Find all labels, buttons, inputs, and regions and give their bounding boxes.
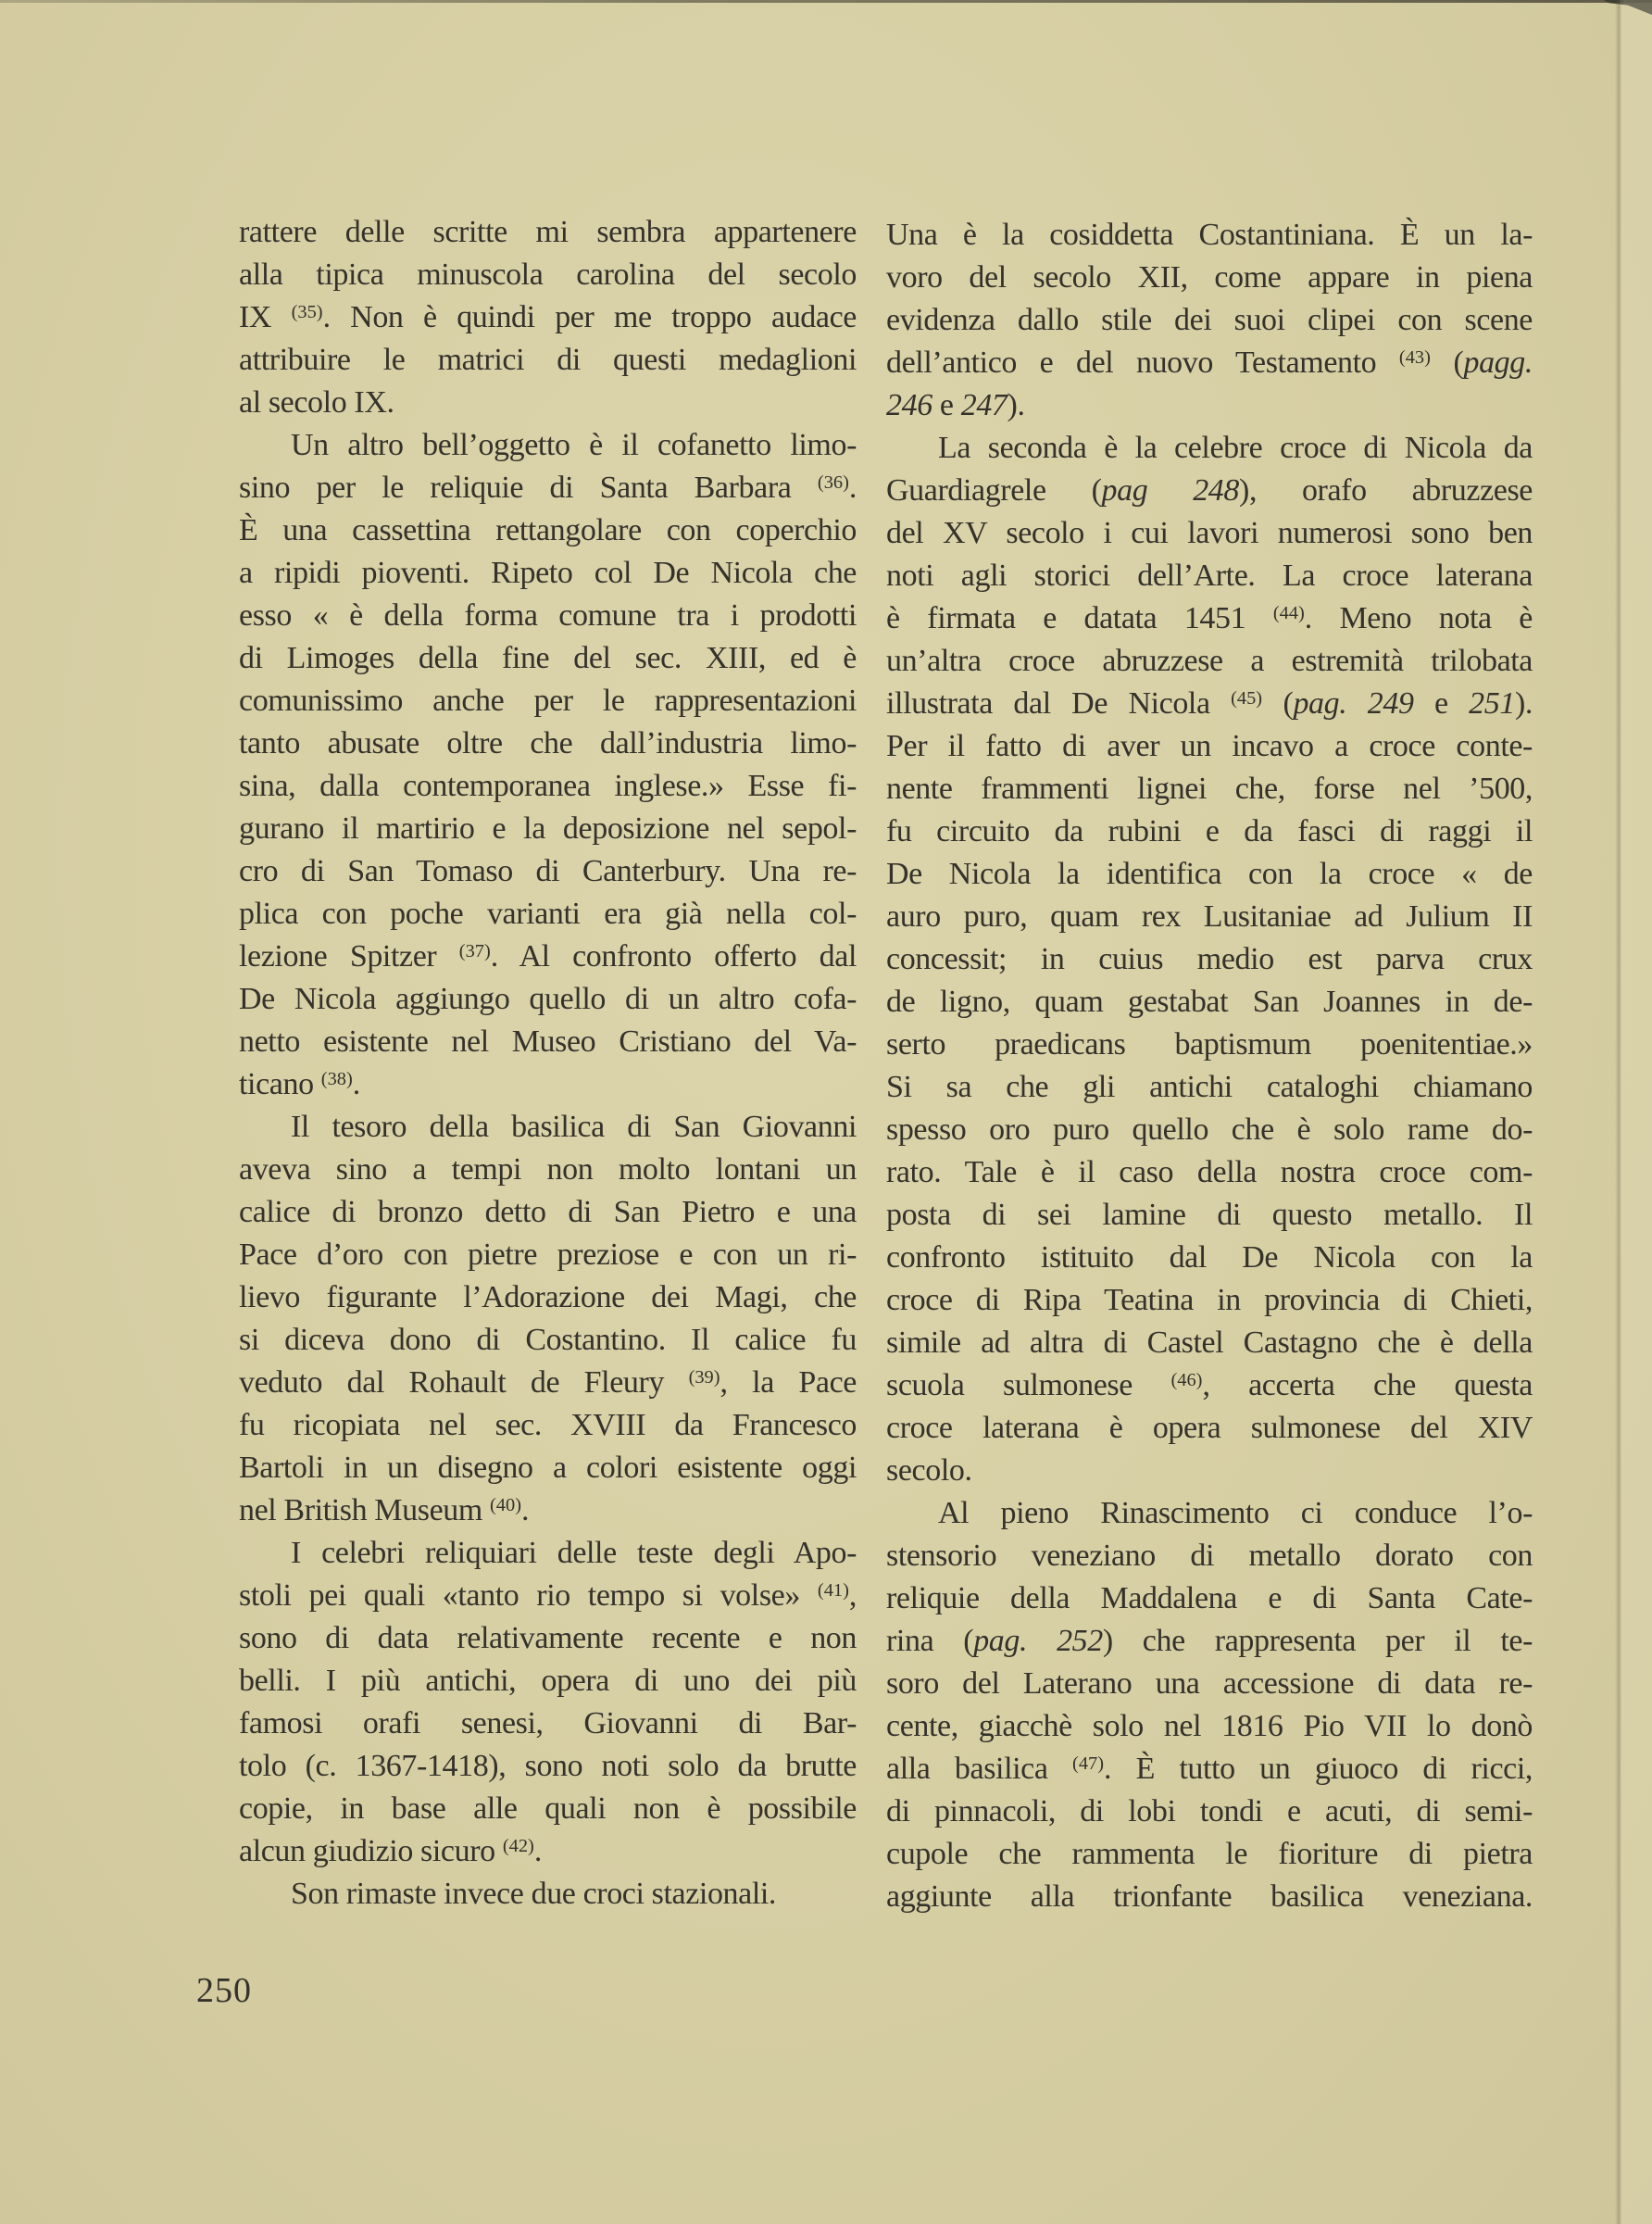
text-line: attribuire le matrici di questi medaglio…	[239, 339, 857, 382]
text-line: Il tesoro della basilica di San Giovanni	[239, 1106, 857, 1149]
text-line: aggiunte alla trionfante basilica venezi…	[886, 1876, 1533, 1918]
text-column-left: rattere delle scritte mi sembra apparten…	[239, 211, 857, 1916]
text-line: tolo (c. 1367-1418), sono noti solo da b…	[239, 1745, 857, 1788]
text-line: famosi orafi senesi, Giovanni di Bar-	[239, 1703, 857, 1745]
footnote-ref: (35)	[292, 302, 323, 322]
text-line: Al pieno Rinascimento ci conduce l’o-	[886, 1492, 1533, 1535]
text-line: rina (pag. 252) che rappresenta per il t…	[886, 1620, 1533, 1663]
text-line: rattere delle scritte mi sembra apparten…	[239, 211, 857, 254]
text-line: stoli pei quali «tanto rio tempo si vols…	[239, 1575, 857, 1617]
text-line: concessit; in cuius medio est parva crux	[886, 938, 1533, 981]
text-line: alcun giudizio sicuro (42).	[239, 1830, 857, 1873]
text-line: netto esistente nel Museo Cristiano del …	[239, 1021, 857, 1063]
footnote-ref: (37)	[459, 941, 491, 961]
text-line: È una cassettina rettangolare con coperc…	[239, 509, 857, 552]
text-line: comunissimo anche per le rappresentazion…	[239, 680, 857, 722]
footnote-ref: (42)	[503, 1836, 534, 1856]
text-line: gurano il martirio e la deposizione nel …	[239, 808, 857, 850]
page-number: 250	[196, 1971, 252, 2010]
text-line: serto praedicans baptismum poenitentiae.…	[886, 1024, 1533, 1066]
text-line: lievo figurante l’Adorazione dei Magi, c…	[239, 1276, 857, 1319]
text-line: Per il fatto di aver un incavo a croce c…	[886, 725, 1533, 768]
text-line: scuola sulmonese (46), accerta che quest…	[886, 1364, 1533, 1407]
book-page: rattere delle scritte mi sembra apparten…	[0, 0, 1652, 2224]
text-line: di Limoges della fine del sec. XIII, ed …	[239, 637, 857, 680]
footnote-ref: (43)	[1399, 347, 1431, 368]
footnote-ref: (36)	[818, 472, 849, 493]
text-line: del XV secolo i cui lavori numerosi sono…	[886, 512, 1533, 555]
text-line: De Nicola la identifica con la croce « d…	[886, 853, 1533, 896]
text-line: sino per le reliquie di Santa Barbara (3…	[239, 467, 857, 509]
footnote-ref: (45)	[1231, 688, 1262, 709]
scan-edge-top	[0, 0, 1652, 3]
text-line: stensorio veneziano di metallo dorato co…	[886, 1535, 1533, 1577]
footnote-ref: (44)	[1273, 603, 1305, 623]
text-line: voro del secolo XII, come appare in pien…	[886, 257, 1533, 299]
text-line: nel British Museum (40).	[239, 1489, 857, 1532]
text-line: alla tipica minuscola carolina del secol…	[239, 254, 857, 296]
text-line: De Nicola aggiungo quello di un altro co…	[239, 978, 857, 1021]
text-line: fu ricopiata nel sec. XVIII da Francesco	[239, 1404, 857, 1447]
footnote-ref: (40)	[490, 1495, 521, 1515]
text-line: illustrata dal De Nicola (45) (pag. 249 …	[886, 683, 1533, 725]
footnote-ref: (47)	[1072, 1753, 1104, 1774]
text-line: si diceva dono di Costantino. Il calice …	[239, 1319, 857, 1362]
text-line: tanto abusate oltre che dall’industria l…	[239, 722, 857, 765]
text-line: a ripidi pioventi. Ripeto col De Nicola …	[239, 552, 857, 595]
text-line: secolo.	[886, 1450, 1533, 1492]
text-line: un’altra croce abruzzese a estremità tri…	[886, 640, 1533, 683]
text-line: copie, in base alle quali non è possibil…	[239, 1788, 857, 1830]
text-line: IX (35). Non è quindi per me troppo auda…	[239, 296, 857, 339]
text-line: Son rimaste invece due croci stazionali.	[239, 1873, 857, 1916]
text-line: lezione Spitzer (37). Al confronto offer…	[239, 936, 857, 978]
text-line: di pinnacoli, di lobi tondi e acuti, di …	[886, 1791, 1533, 1833]
scan-edge-right-band	[1623, 0, 1652, 2224]
text-line: rato. Tale è il caso della nostra croce …	[886, 1151, 1533, 1194]
text-line: cente, giacchè solo nel 1816 Pio VII lo …	[886, 1705, 1533, 1748]
text-line: cro di San Tomaso di Canterbury. Una re-	[239, 850, 857, 893]
text-line: confronto istituito dal De Nicola con la	[886, 1237, 1533, 1279]
footnote-ref: (39)	[689, 1367, 720, 1388]
text-line: sono di data relativamente recente e non	[239, 1617, 857, 1660]
text-line: dell’antico e del nuovo Testamento (43) …	[886, 342, 1533, 384]
text-line: Guardiagrele (pag 248), orafo abruzzese	[886, 470, 1533, 512]
text-line: La seconda è la celebre croce di Nicola …	[886, 427, 1533, 470]
text-line: belli. I più antichi, opera di uno dei p…	[239, 1660, 857, 1703]
text-line: Una è la cosiddetta Costantiniana. È un …	[886, 214, 1533, 257]
text-line: cupole che rammenta le fioriture di piet…	[886, 1833, 1533, 1876]
text-line: de ligno, quam gestabat San Joannes in d…	[886, 981, 1533, 1024]
text-line: Si sa che gli antichi cataloghi chiamano	[886, 1066, 1533, 1109]
text-line: Un altro bell’oggetto è il cofanetto lim…	[239, 424, 857, 467]
footnote-ref: (38)	[321, 1069, 353, 1089]
footnote-ref: (41)	[818, 1580, 849, 1601]
text-line: noti agli storici dell’Arte. La croce la…	[886, 555, 1533, 597]
text-line: spesso oro puro quello che è solo rame d…	[886, 1109, 1533, 1151]
text-line: aveva sino a tempi non molto lontani un	[239, 1149, 857, 1191]
text-line: simile ad altra di Castel Castagno che è…	[886, 1322, 1533, 1364]
text-line: 246 e 247).	[886, 384, 1533, 427]
text-line: al secolo IX.	[239, 382, 857, 424]
text-line: calice di bronzo detto di San Pietro e u…	[239, 1191, 857, 1234]
text-column-right: Una è la cosiddetta Costantiniana. È un …	[886, 214, 1533, 1918]
text-line: I celebri reliquiari delle teste degli A…	[239, 1532, 857, 1575]
text-line: sina, dalla contemporanea inglese.» Esse…	[239, 765, 857, 808]
text-line: reliquie della Maddalena e di Santa Cate…	[886, 1577, 1533, 1620]
text-line: croce di Ripa Teatina in provincia di Ch…	[886, 1279, 1533, 1322]
text-line: esso « è della forma comune tra i prodot…	[239, 595, 857, 637]
text-line: soro del Laterano una accessione di data…	[886, 1663, 1533, 1705]
text-line: ticano (38).	[239, 1063, 857, 1106]
text-line: veduto dal Rohault de Fleury (39), la Pa…	[239, 1362, 857, 1404]
text-line: plica con poche varianti era già nella c…	[239, 893, 857, 936]
text-line: è firmata e datata 1451 (44). Meno nota …	[886, 597, 1533, 640]
text-line: posta di sei lamine di questo metallo. I…	[886, 1194, 1533, 1237]
text-line: fu circuito da rubini e da fasci di ragg…	[886, 810, 1533, 853]
footnote-ref: (46)	[1170, 1370, 1202, 1390]
text-line: evidenza dallo stile dei suoi clipei con…	[886, 299, 1533, 342]
text-line: nente frammenti lignei che, forse nel ’5…	[886, 768, 1533, 810]
text-line: Pace d’oro con pietre preziose e con un …	[239, 1234, 857, 1276]
text-line: Bartoli in un disegno a colori esistente…	[239, 1447, 857, 1489]
text-line: croce laterana è opera sulmonese del XIV	[886, 1407, 1533, 1450]
text-line: auro puro, quam rex Lusitaniae ad Julium…	[886, 896, 1533, 938]
text-line: alla basilica (47). È tutto un giuoco di…	[886, 1748, 1533, 1791]
